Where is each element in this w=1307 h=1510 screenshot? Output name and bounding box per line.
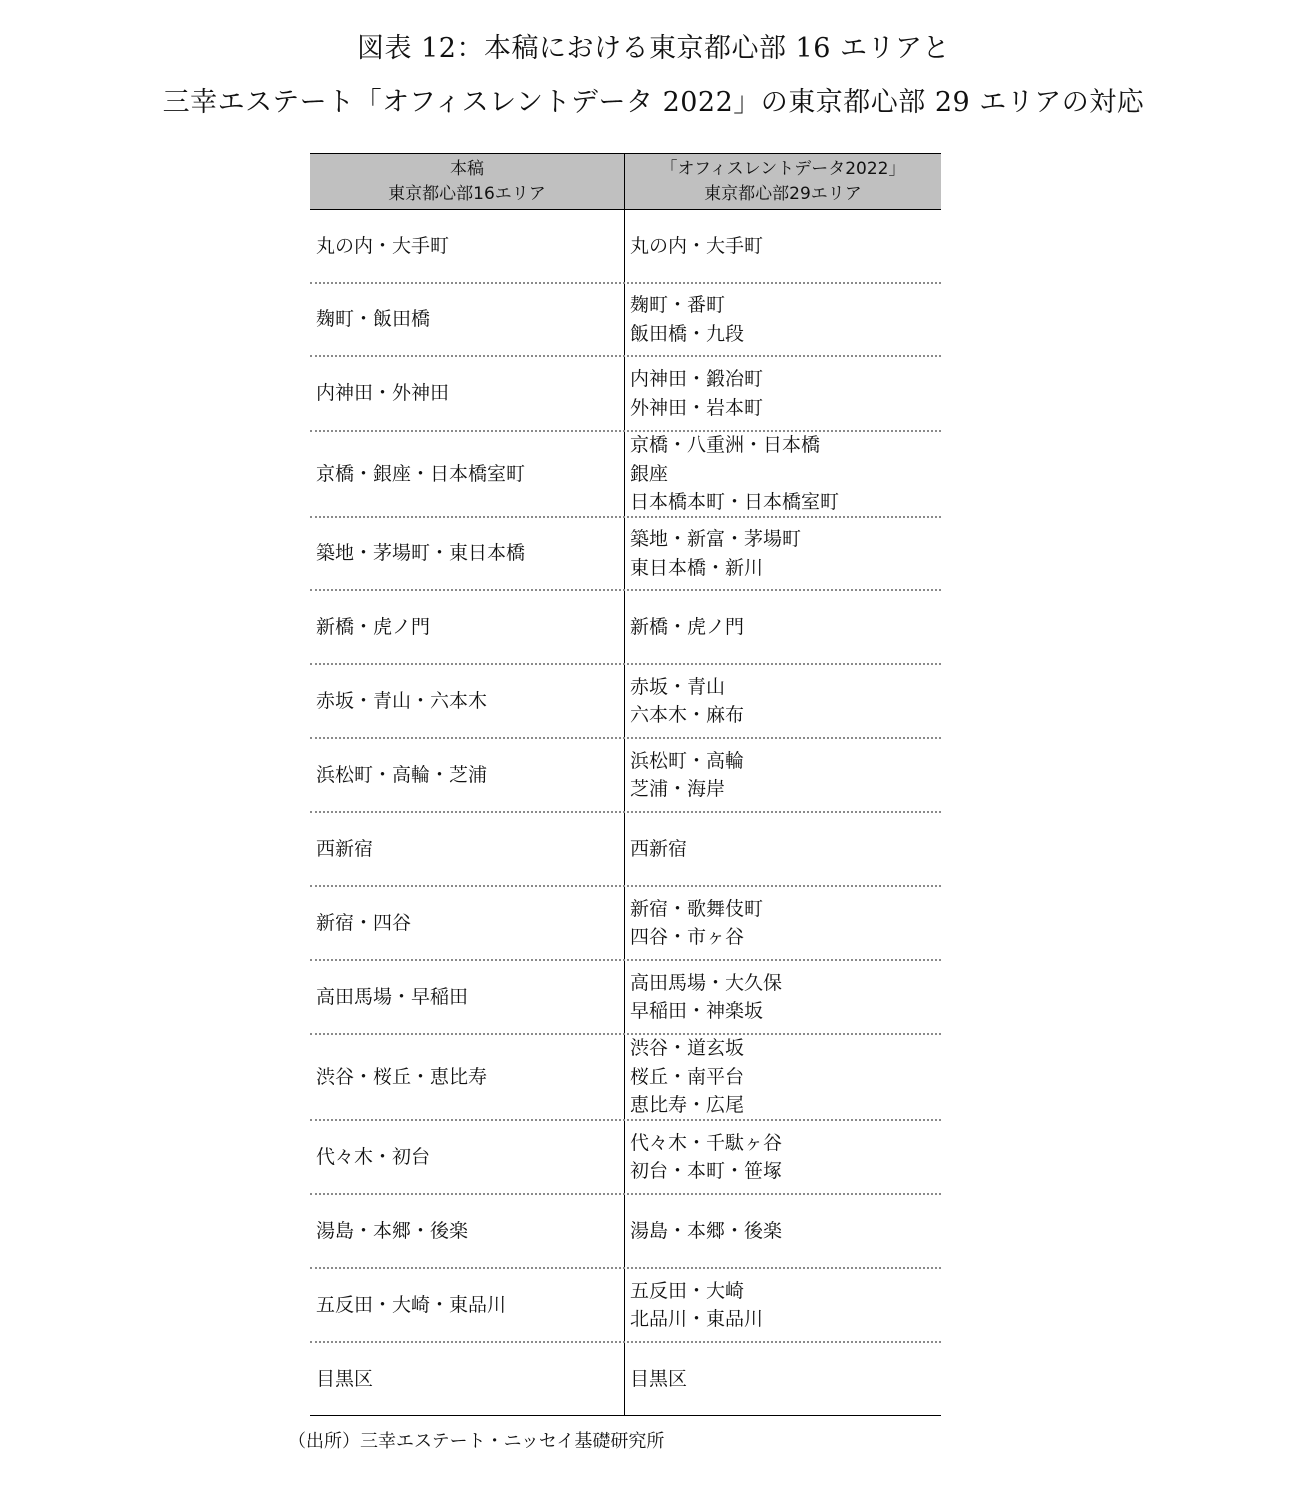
area16-label: 代々木・初台 <box>316 1143 624 1172</box>
cell-16-area: 麹町・飯田橋 <box>310 284 625 355</box>
area29-label: 東日本橋・新川 <box>630 554 941 583</box>
area29-label: 湯島・本郷・後楽 <box>630 1217 941 1246</box>
header-col-29-areas: 「オフィスレントデータ2022」 東京都心部29エリア <box>625 154 941 209</box>
area29-label: 内神田・鍛冶町 <box>630 365 941 394</box>
area16-label: 浜松町・高輪・芝浦 <box>316 761 624 790</box>
cell-16-area: 京橋・銀座・日本橋室町 <box>310 432 625 516</box>
table-row: 新橋・虎ノ門新橋・虎ノ門 <box>310 591 941 665</box>
area29-label: 銀座 <box>630 460 941 489</box>
cell-29-areas: 目黒区 <box>625 1343 941 1415</box>
cell-16-area: 渋谷・桜丘・恵比寿 <box>310 1035 625 1119</box>
area29-label: 六本木・麻布 <box>630 701 941 730</box>
area16-label: 丸の内・大手町 <box>316 232 624 261</box>
header-col-16-areas: 本稿 東京都心部16エリア <box>310 154 625 209</box>
table-row: 代々木・初台代々木・千駄ヶ谷初台・本町・笹塚 <box>310 1121 941 1195</box>
area29-label: 目黒区 <box>630 1365 941 1394</box>
cell-16-area: 五反田・大崎・東品川 <box>310 1269 625 1341</box>
cell-16-area: 湯島・本郷・後楽 <box>310 1195 625 1267</box>
table-row: 新宿・四谷新宿・歌舞伎町四谷・市ヶ谷 <box>310 887 941 961</box>
table-row: 麹町・飯田橋麹町・番町飯田橋・九段 <box>310 284 941 357</box>
area29-label: 恵比寿・広尾 <box>630 1091 941 1120</box>
area16-label: 内神田・外神田 <box>316 379 624 408</box>
cell-29-areas: 湯島・本郷・後楽 <box>625 1195 941 1267</box>
table-row: 浜松町・高輪・芝浦浜松町・高輪芝浦・海岸 <box>310 739 941 813</box>
header-col1-line1: 本稿 <box>450 157 484 182</box>
table-body: 丸の内・大手町丸の内・大手町麹町・飯田橋麹町・番町飯田橋・九段内神田・外神田内神… <box>310 210 941 1416</box>
cell-16-area: 目黒区 <box>310 1343 625 1415</box>
table-header: 本稿 東京都心部16エリア 「オフィスレントデータ2022」 東京都心部29エリ… <box>310 153 941 210</box>
table-row: 西新宿西新宿 <box>310 813 941 887</box>
cell-16-area: 内神田・外神田 <box>310 357 625 430</box>
area16-label: 西新宿 <box>316 835 624 864</box>
cell-29-areas: 浜松町・高輪芝浦・海岸 <box>625 739 941 811</box>
cell-29-areas: 築地・新富・茅場町東日本橋・新川 <box>625 518 941 589</box>
area16-label: 目黒区 <box>316 1365 624 1394</box>
area29-label: 五反田・大崎 <box>630 1277 941 1306</box>
table-row: 赤坂・青山・六本木赤坂・青山六本木・麻布 <box>310 665 941 739</box>
source-note: （出所）三幸エステート・ニッセイ基礎研究所 <box>288 1427 664 1453</box>
area29-label: 西新宿 <box>630 835 941 864</box>
table-row: 築地・茅場町・東日本橋築地・新富・茅場町東日本橋・新川 <box>310 518 941 591</box>
table-row: 目黒区目黒区 <box>310 1343 941 1416</box>
area29-label: 早稲田・神楽坂 <box>630 997 941 1026</box>
area29-label: 丸の内・大手町 <box>630 232 941 261</box>
area29-label: 飯田橋・九段 <box>630 320 941 349</box>
area16-label: 渋谷・桜丘・恵比寿 <box>316 1063 624 1092</box>
cell-16-area: 浜松町・高輪・芝浦 <box>310 739 625 811</box>
cell-29-areas: 代々木・千駄ヶ谷初台・本町・笹塚 <box>625 1121 941 1193</box>
table-row: 京橋・銀座・日本橋室町京橋・八重洲・日本橋銀座日本橋本町・日本橋室町 <box>310 432 941 518</box>
cell-29-areas: 新橋・虎ノ門 <box>625 591 941 663</box>
area29-label: 新橋・虎ノ門 <box>630 613 941 642</box>
cell-16-area: 赤坂・青山・六本木 <box>310 665 625 737</box>
table-row: 内神田・外神田内神田・鍛冶町外神田・岩本町 <box>310 357 941 432</box>
area29-label: 芝浦・海岸 <box>630 775 941 804</box>
area-correspondence-table: 本稿 東京都心部16エリア 「オフィスレントデータ2022」 東京都心部29エリ… <box>310 153 941 1416</box>
area16-label: 麹町・飯田橋 <box>316 305 624 334</box>
cell-16-area: 新宿・四谷 <box>310 887 625 959</box>
area29-label: 赤坂・青山 <box>630 673 941 702</box>
cell-16-area: 新橋・虎ノ門 <box>310 591 625 663</box>
cell-29-areas: 麹町・番町飯田橋・九段 <box>625 284 941 355</box>
cell-29-areas: 五反田・大崎北品川・東品川 <box>625 1269 941 1341</box>
area29-label: 新宿・歌舞伎町 <box>630 895 941 924</box>
area29-label: 北品川・東品川 <box>630 1305 941 1334</box>
cell-29-areas: 高田馬場・大久保早稲田・神楽坂 <box>625 961 941 1033</box>
area29-label: 浜松町・高輪 <box>630 747 941 776</box>
table-row: 湯島・本郷・後楽湯島・本郷・後楽 <box>310 1195 941 1269</box>
header-col2-line1: 「オフィスレントデータ2022」 <box>661 157 906 182</box>
table-row: 五反田・大崎・東品川五反田・大崎北品川・東品川 <box>310 1269 941 1343</box>
cell-16-area: 丸の内・大手町 <box>310 210 625 282</box>
area29-label: 桜丘・南平台 <box>630 1063 941 1092</box>
area16-label: 新宿・四谷 <box>316 909 624 938</box>
area29-label: 外神田・岩本町 <box>630 394 941 423</box>
area16-label: 築地・茅場町・東日本橋 <box>316 539 624 568</box>
area16-label: 五反田・大崎・東品川 <box>316 1291 624 1320</box>
cell-29-areas: 内神田・鍛冶町外神田・岩本町 <box>625 357 941 430</box>
area16-label: 京橋・銀座・日本橋室町 <box>316 460 624 489</box>
table-row: 渋谷・桜丘・恵比寿渋谷・道玄坂桜丘・南平台恵比寿・広尾 <box>310 1035 941 1121</box>
area29-label: 日本橋本町・日本橋室町 <box>630 488 941 517</box>
area29-label: 京橋・八重洲・日本橋 <box>630 431 941 460</box>
area16-label: 赤坂・青山・六本木 <box>316 687 624 716</box>
area29-label: 麹町・番町 <box>630 291 941 320</box>
cell-16-area: 高田馬場・早稲田 <box>310 961 625 1033</box>
area16-label: 新橋・虎ノ門 <box>316 613 624 642</box>
cell-29-areas: 西新宿 <box>625 813 941 885</box>
area29-label: 初台・本町・笹塚 <box>630 1157 941 1186</box>
cell-29-areas: 新宿・歌舞伎町四谷・市ヶ谷 <box>625 887 941 959</box>
area16-label: 湯島・本郷・後楽 <box>316 1217 624 1246</box>
table-row: 丸の内・大手町丸の内・大手町 <box>310 210 941 284</box>
area29-label: 代々木・千駄ヶ谷 <box>630 1129 941 1158</box>
area16-label: 高田馬場・早稲田 <box>316 983 624 1012</box>
header-col1-line2: 東京都心部16エリア <box>388 182 546 207</box>
figure-title-line-2: 三幸エステート「オフィスレントデータ 2022」の東京都心部 29 エリアの対応 <box>0 86 1307 120</box>
area29-label: 四谷・市ヶ谷 <box>630 923 941 952</box>
cell-29-areas: 赤坂・青山六本木・麻布 <box>625 665 941 737</box>
cell-16-area: 西新宿 <box>310 813 625 885</box>
area29-label: 渋谷・道玄坂 <box>630 1034 941 1063</box>
cell-29-areas: 丸の内・大手町 <box>625 210 941 282</box>
header-col2-line2: 東京都心部29エリア <box>704 182 862 207</box>
cell-16-area: 築地・茅場町・東日本橋 <box>310 518 625 589</box>
cell-29-areas: 渋谷・道玄坂桜丘・南平台恵比寿・広尾 <box>625 1035 941 1119</box>
area29-label: 高田馬場・大久保 <box>630 969 941 998</box>
cell-29-areas: 京橋・八重洲・日本橋銀座日本橋本町・日本橋室町 <box>625 432 941 516</box>
area29-label: 築地・新富・茅場町 <box>630 525 941 554</box>
cell-16-area: 代々木・初台 <box>310 1121 625 1193</box>
table-row: 高田馬場・早稲田高田馬場・大久保早稲田・神楽坂 <box>310 961 941 1035</box>
figure-title-line-1: 図表 12：本稿における東京都心部 16 エリアと <box>0 32 1307 66</box>
